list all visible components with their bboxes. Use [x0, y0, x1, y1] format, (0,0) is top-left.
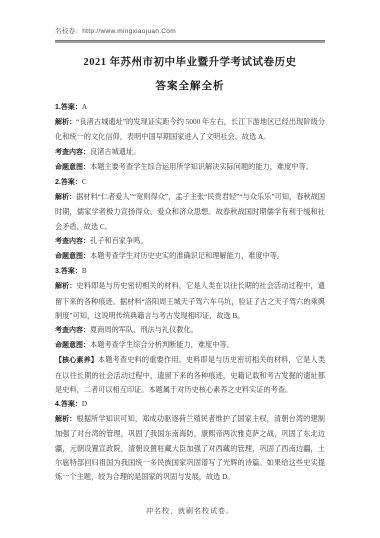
footer-slogan: 冲名校，就刷名校试卷。: [0, 506, 380, 516]
section-text: 本题考查学生综合分析判断能力，难度中等。: [90, 341, 234, 349]
section-label: 解析：: [55, 283, 76, 290]
answer-number-label: 3.答案：: [55, 268, 82, 275]
question-block-4: 4.答案：D 解析：根据所学知识可知，郑成功驱逐荷兰殖民者维护了国家主权，清朝台…: [55, 397, 325, 484]
intent-paragraph: 命题意图：本题考查学生综合分析判断能力，难度中等。: [55, 338, 325, 353]
question-block-2: 2.答案：C 解析：据材料“仁者爱人”“宽则得众”，孟子主张“民贵君轻”“与众乐…: [55, 175, 325, 264]
exam-content-paragraph: 考查内容：夏商周的军队、刑法与礼仪教化。: [55, 323, 325, 338]
intent-paragraph: 命题意图：本题考查学生对历史史实的准确识记和理解能力，难度中等。: [55, 249, 325, 264]
exam-content-paragraph: 考查内容：孔子和百家争鸣。: [55, 234, 325, 249]
answer-line: 2.答案：C: [55, 175, 325, 190]
section-label: 解析：: [55, 416, 76, 423]
analysis-paragraph: 解析：根据所学知识可知，郑成功驱逐荷兰殖民者维护了国家主权，清朝台湾的建制加强了…: [55, 412, 325, 484]
intent-paragraph: 命题意图：本题主要考查学生综合运用所学知识解决实际问题的能力，难度中等。: [55, 160, 325, 175]
section-label: 命题意图：: [55, 253, 90, 260]
section-text: 史料即是与历史密切相关的材料，它是人类在以往长期的社会活动过程中，遗留下来的各种…: [55, 282, 325, 319]
section-text: “良渚古城遗址”的发现证实距今约 5000 年左右，长江下游地区已经出现阶级分化…: [55, 118, 325, 141]
section-label: 考查内容：: [55, 327, 90, 334]
section-label: 解析：: [55, 194, 76, 201]
analysis-paragraph: 解析：据材料“仁者爱人”“宽则得众”，孟子主张“民贵君轻”“与众乐乐”可知，春秋…: [55, 190, 325, 234]
analysis-paragraph: 解析：史料即是与历史密切相关的材料，它是人类在以往长期的社会活动过程中，遗留下来…: [55, 279, 325, 323]
section-label: 【核心素养】: [55, 357, 98, 364]
section-text: 据材料“仁者爱人”“宽则得众”，孟子主张“民贵君轻”“与众乐乐”可知，春秋战国时…: [55, 193, 325, 230]
answer-value: C: [82, 178, 87, 186]
answer-line: 3.答案：B: [55, 264, 325, 279]
section-text: 良渚古城遗址。: [90, 148, 140, 156]
answer-value: B: [82, 267, 87, 275]
answer-number-label: 1.答案：: [55, 104, 82, 111]
page-subtitle: 答案全解全析: [55, 78, 325, 93]
section-label: 考查内容：: [55, 238, 90, 245]
answer-value: D: [82, 400, 88, 408]
core-literacy-paragraph: 【核心素养】本题考查史料的重要作用。史料即是与历史密切相关的材料，它是人类在以往…: [55, 353, 325, 397]
site-url-note: 名校卷：http://www.mingxiaojuan.Com: [55, 26, 325, 35]
section-text: 本题考查学生对历史史实的准确识记和理解能力，难度中等。: [90, 252, 284, 260]
exam-content-paragraph: 考查内容：良渚古城遗址。: [55, 145, 325, 160]
answer-value: A: [82, 103, 88, 111]
analysis-paragraph: 解析：“良渚古城遗址”的发现证实距今约 5000 年左右，长江下游地区已经出现阶…: [55, 115, 325, 144]
section-label: 命题意图：: [55, 164, 90, 171]
question-block-3: 3.答案：B 解析：史料即是与历史密切相关的材料，它是人类在以往长期的社会活动过…: [55, 264, 325, 397]
answer-number-label: 4.答案：: [55, 401, 82, 408]
section-text: 本题主要考查学生综合运用所学知识解决实际问题的能力，难度中等。: [90, 163, 313, 171]
section-text: 夏商周的军队、刑法与礼仪教化。: [90, 326, 198, 334]
section-label: 考查内容：: [55, 149, 90, 156]
answer-line: 4.答案：D: [55, 397, 325, 412]
page-title: 2021 年苏州市初中毕业暨升学考试试卷历史: [55, 54, 325, 69]
section-text: 根据所学知识可知，郑成功驱逐荷兰殖民者维护了国家主权，清朝台湾的建制加强了对台湾…: [55, 415, 325, 481]
section-label: 解析：: [55, 119, 76, 126]
answer-number-label: 2.答案：: [55, 179, 82, 186]
answers-body: 1.答案：A 解析：“良渚古城遗址”的发现证实距今约 5000 年左右，长江下游…: [55, 100, 325, 484]
section-label: 命题意图：: [55, 342, 90, 349]
document-page: 名校卷：http://www.mingxiaojuan.Com 2021 年苏州…: [0, 0, 380, 538]
question-block-1: 1.答案：A 解析：“良渚古城遗址”的发现证实距今约 5000 年左右，长江下游…: [55, 100, 325, 175]
section-text: 孔子和百家争鸣。: [90, 237, 148, 245]
header-divider: [55, 40, 325, 43]
answer-line: 1.答案：A: [55, 100, 325, 115]
